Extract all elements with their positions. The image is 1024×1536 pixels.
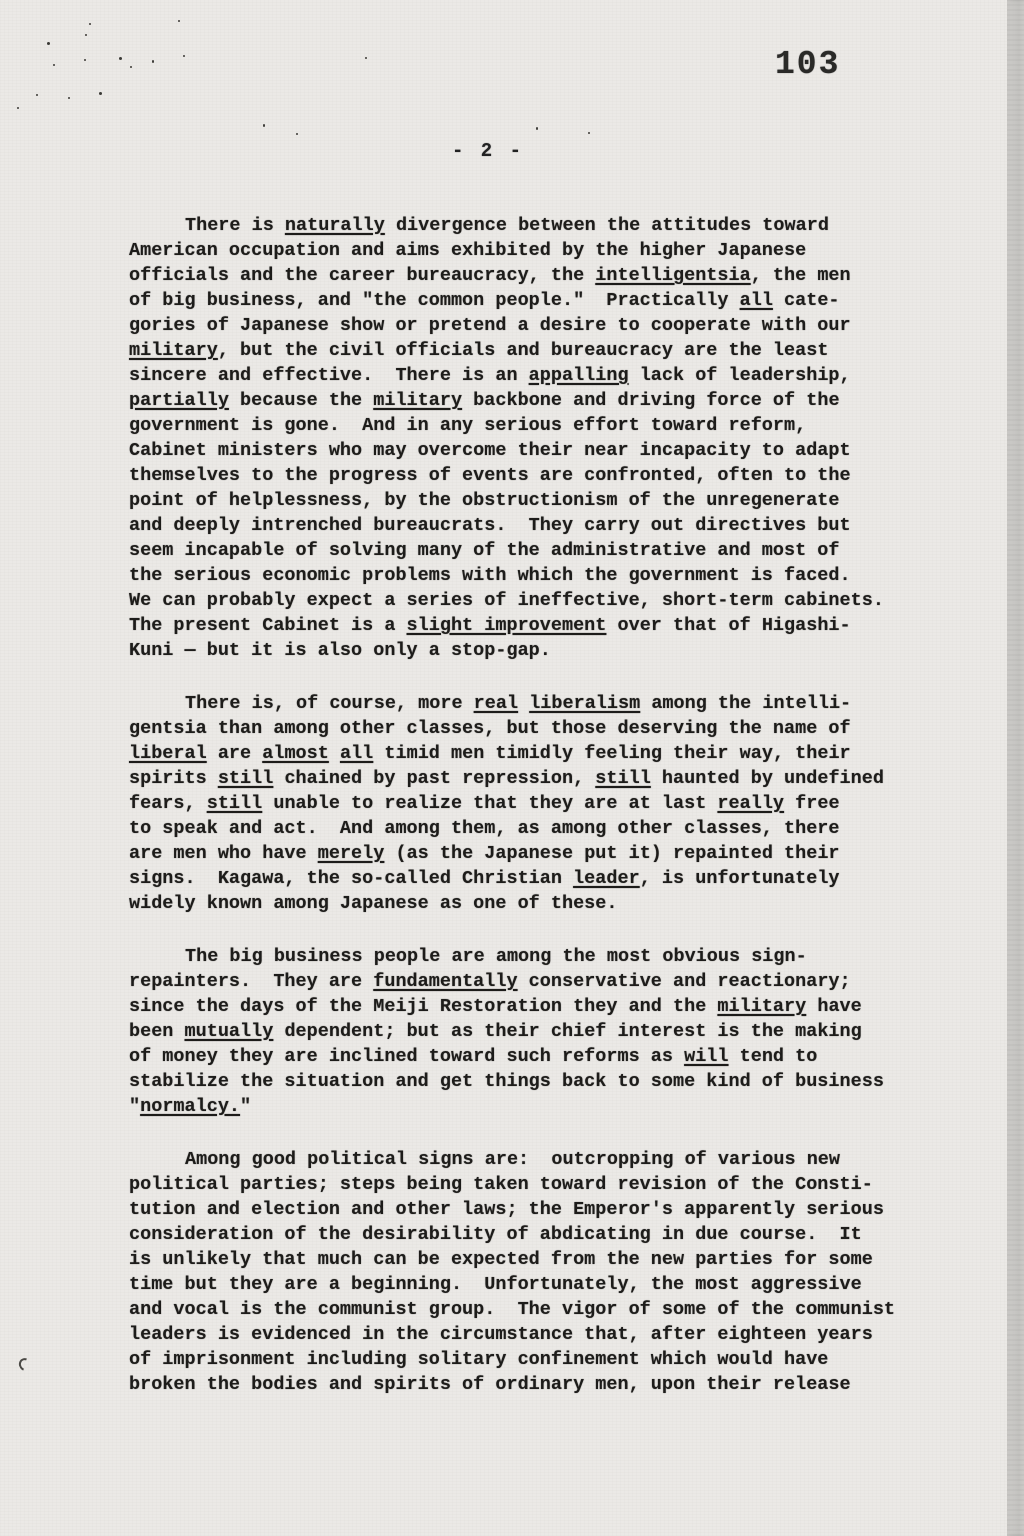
text-line: been mutually dependent; but as their ch… [129,1019,939,1044]
text-line: political parties; steps being taken tow… [129,1172,939,1197]
text-line: "normalcy." [129,1094,939,1119]
text-line: the serious economic problems with which… [129,563,939,588]
scan-speck [47,42,50,45]
scan-speck [36,94,38,96]
scan-mark [17,1356,33,1373]
text-line: of big business, and "the common people.… [129,288,939,313]
text-line: The present Cabinet is a slight improvem… [129,613,939,638]
scan-speck [365,57,367,59]
text-line: officials and the career bureaucracy, th… [129,263,939,288]
text-line: repainters. They are fundamentally conse… [129,969,939,994]
paragraph: There is naturally divergence between th… [129,213,939,663]
scan-speck [99,92,102,95]
scan-speck [536,127,538,130]
scan-speck [89,23,91,25]
text-line: fears, still unable to realize that they… [129,791,939,816]
scan-speck [263,124,265,127]
text-line: American occupation and aims exhibited b… [129,238,939,263]
scan-speck [119,57,122,60]
text-line: of money they are inclined toward such r… [129,1044,939,1069]
scan-speck [85,34,87,36]
document-page: 103 - 2 - There is naturally divergence … [0,0,1024,1536]
text-line: The big business people are among the mo… [129,944,939,969]
text-line: and deeply intrenched bureaucrats. They … [129,513,939,538]
paragraph: The big business people are among the mo… [129,944,939,1119]
text-line: liberal are almost all timid men timidly… [129,741,939,766]
text-line: point of helplessness, by the obstructio… [129,488,939,513]
text-line: We can probably expect a series of ineff… [129,588,939,613]
text-line: There is, of course, more real liberalis… [129,691,939,716]
scan-speck [53,64,55,66]
text-line: widely known among Japanese as one of th… [129,891,939,916]
document-body: There is naturally divergence between th… [129,213,939,1425]
text-line: and vocal is the communist group. The vi… [129,1297,939,1322]
text-line: themselves to the progress of events are… [129,463,939,488]
text-line: government is gone. And in any serious e… [129,413,939,438]
text-line: are men who have merely (as the Japanese… [129,841,939,866]
text-line: Among good political signs are: outcropp… [129,1147,939,1172]
paragraph: Among good political signs are: outcropp… [129,1147,939,1397]
page-number: 103 [775,46,840,83]
paragraph: There is, of course, more real liberalis… [129,691,939,916]
scan-speck [68,97,70,99]
text-line: gentsia than among other classes, but th… [129,716,939,741]
scan-speck [183,55,185,57]
text-line: tution and election and other laws; the … [129,1197,939,1222]
scan-edge-shadow [1007,0,1024,1536]
text-line: military, but the civil officials and bu… [129,338,939,363]
text-line: since the days of the Meiji Restoration … [129,994,939,1019]
scan-speck [17,107,19,109]
text-line: signs. Kagawa, the so-called Christian l… [129,866,939,891]
page-header: - 2 - [452,140,524,162]
text-line: of imprisonment including solitary confi… [129,1347,939,1372]
text-line: leaders is evidenced in the circumstance… [129,1322,939,1347]
text-line: broken the bodies and spirits of ordinar… [129,1372,939,1397]
text-line: is unlikely that much can be expected fr… [129,1247,939,1272]
scan-speck [152,60,154,63]
text-line: to speak and act. And among them, as amo… [129,816,939,841]
text-line: spirits still chained by past repression… [129,766,939,791]
text-line: sincere and effective. There is an appal… [129,363,939,388]
text-line: seem incapable of solving many of the ad… [129,538,939,563]
text-line: consideration of the desirability of abd… [129,1222,939,1247]
text-line: gories of Japanese show or pretend a des… [129,313,939,338]
text-line: Cabinet ministers who may overcome their… [129,438,939,463]
scan-speck [178,20,180,22]
text-line: time but they are a beginning. Unfortuna… [129,1272,939,1297]
text-line: stabilize the situation and get things b… [129,1069,939,1094]
scan-speck [130,66,132,68]
text-line: There is naturally divergence between th… [129,213,939,238]
scan-speck [296,133,298,135]
scan-speck [84,59,86,61]
text-line: Kuni — but it is also only a stop-gap. [129,638,939,663]
scan-speck [588,132,590,134]
text-line: partially because the military backbone … [129,388,939,413]
